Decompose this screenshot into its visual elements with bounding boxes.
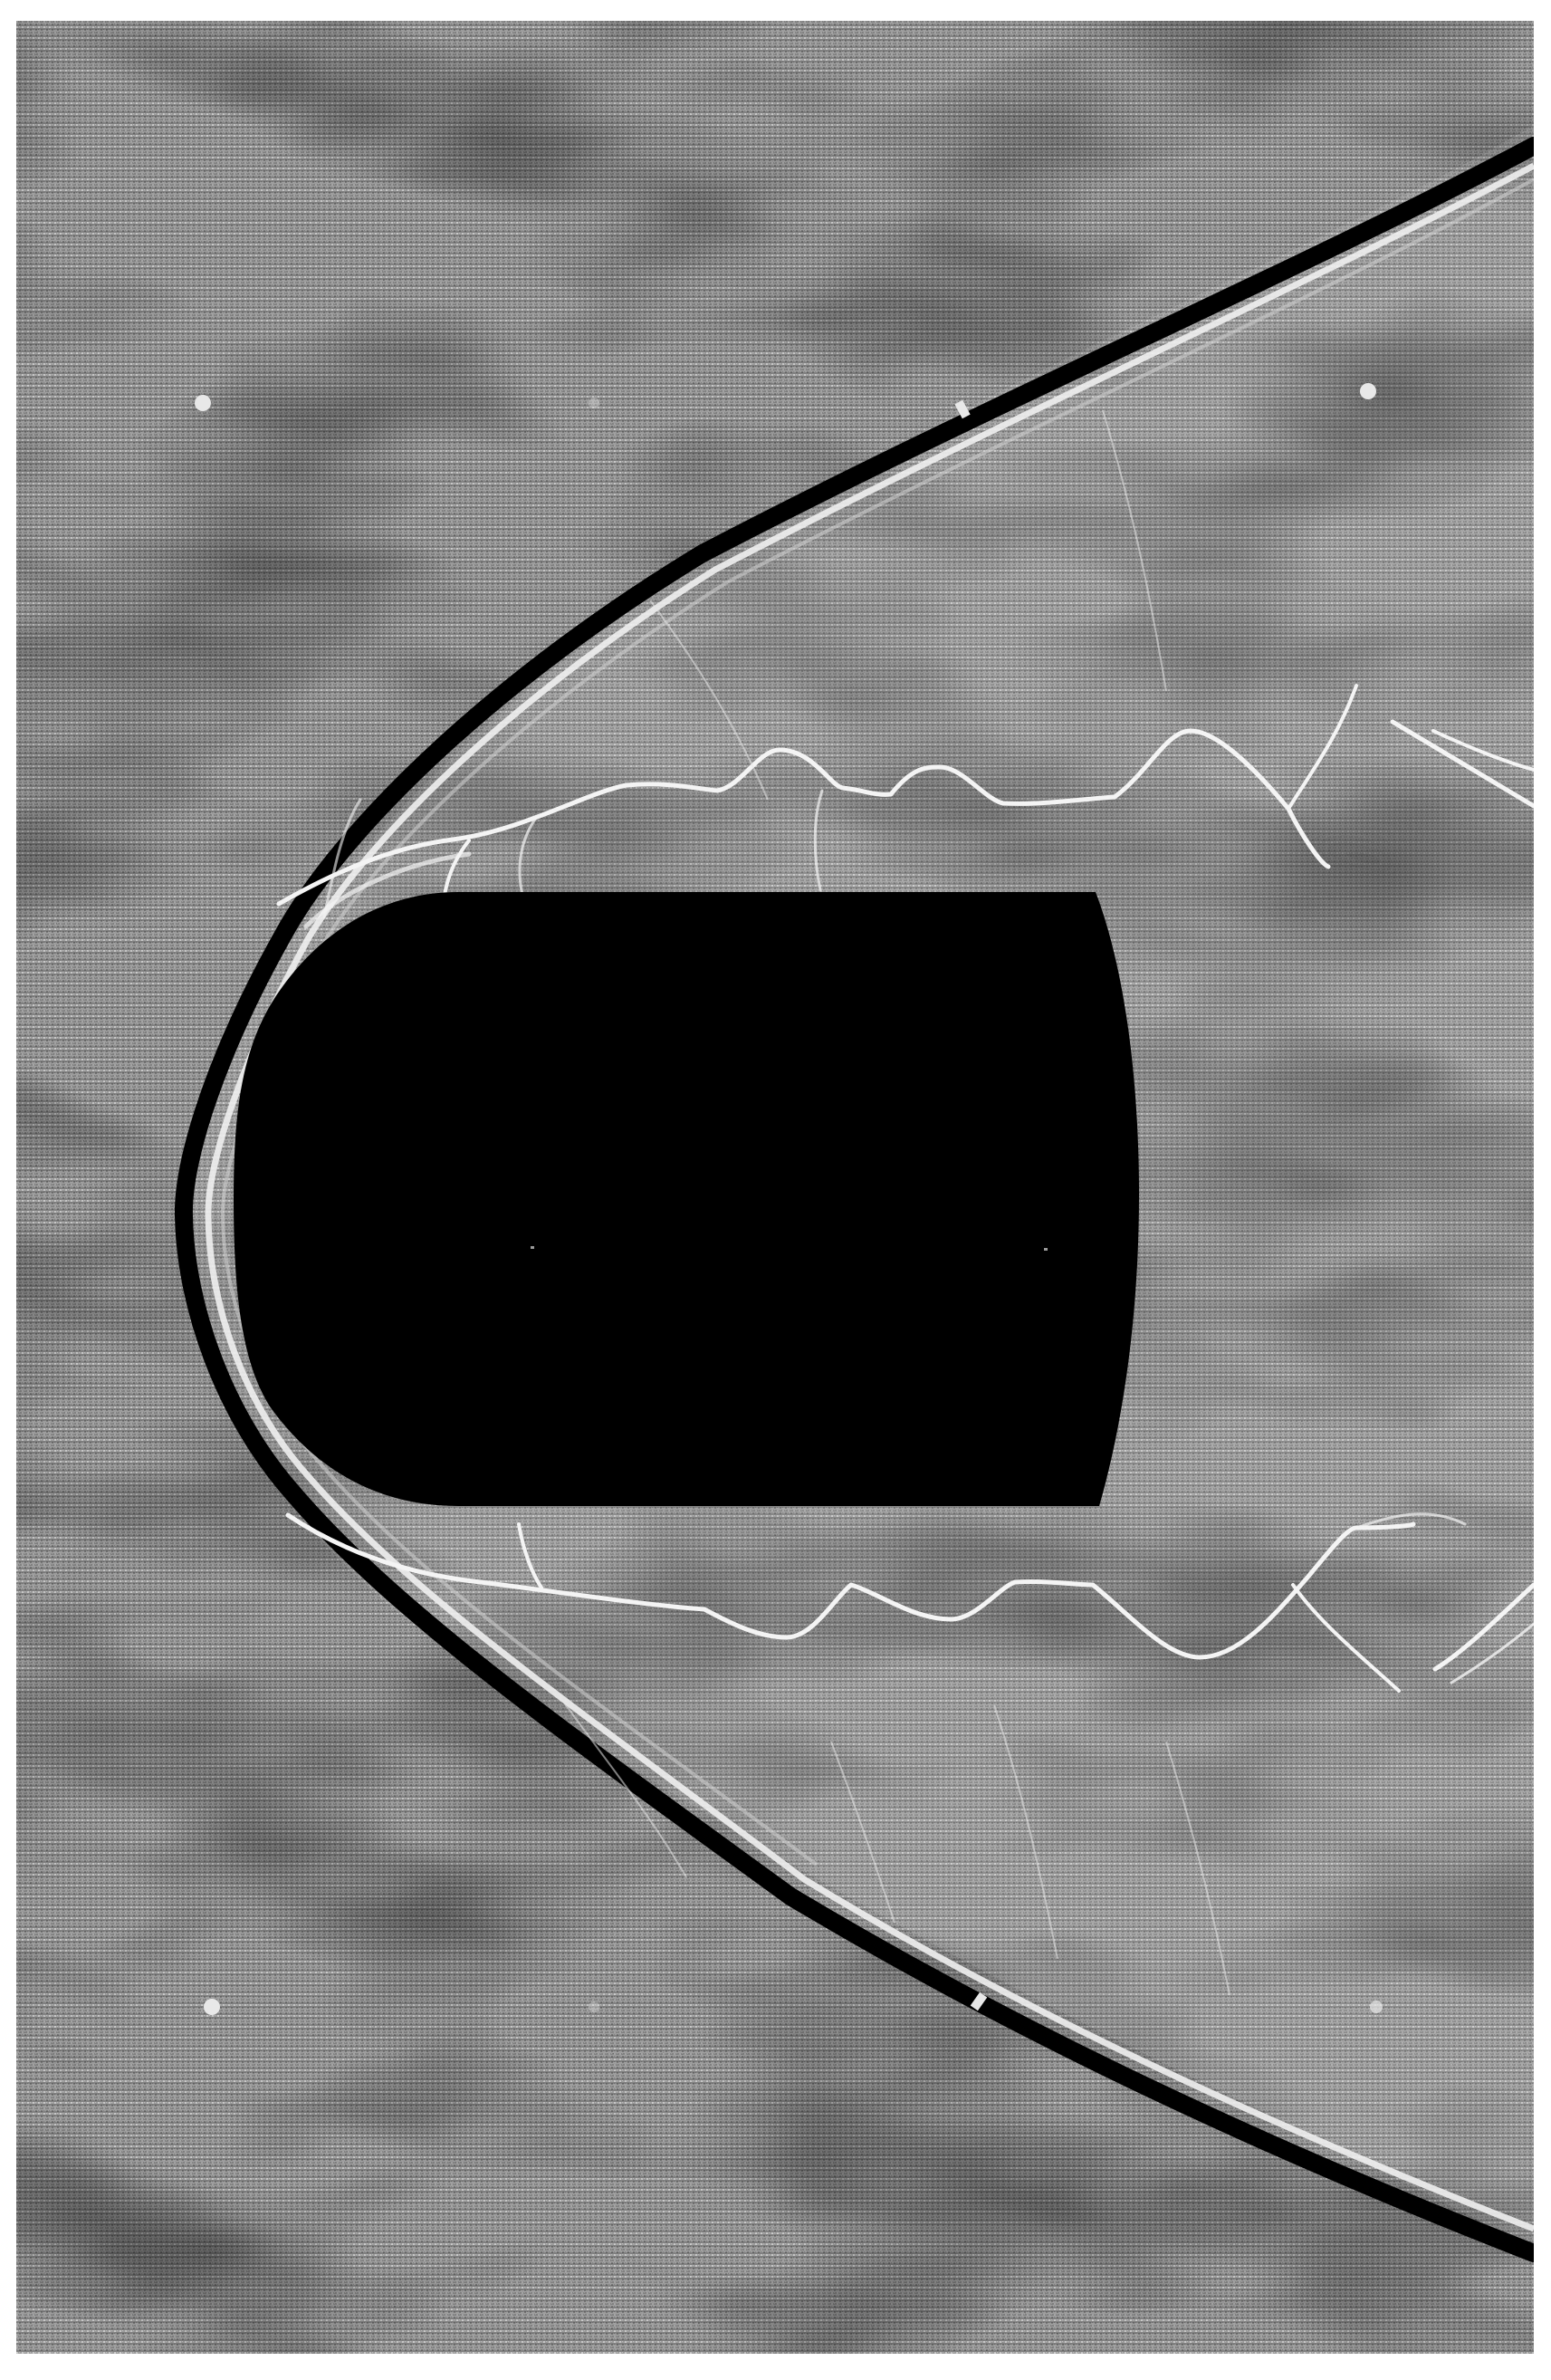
schlieren-image: [16, 21, 1534, 2354]
blunt-body: [234, 892, 1139, 1506]
reference-dot-top-left: [195, 395, 211, 411]
schlieren-photograph: Blunt cylindrical body in supersonic flo…: [16, 21, 1534, 2354]
reference-dot-faint-bottom: [589, 2001, 599, 2012]
body-speck-right: [1044, 1248, 1048, 1251]
reference-dot-bottom-right: [1370, 2001, 1383, 2013]
reference-dot-top-right: [1360, 383, 1376, 399]
reference-dot-bottom-left: [204, 1999, 220, 2015]
body-speck-left: [531, 1246, 534, 1249]
reference-dot-faint-top: [589, 398, 599, 408]
